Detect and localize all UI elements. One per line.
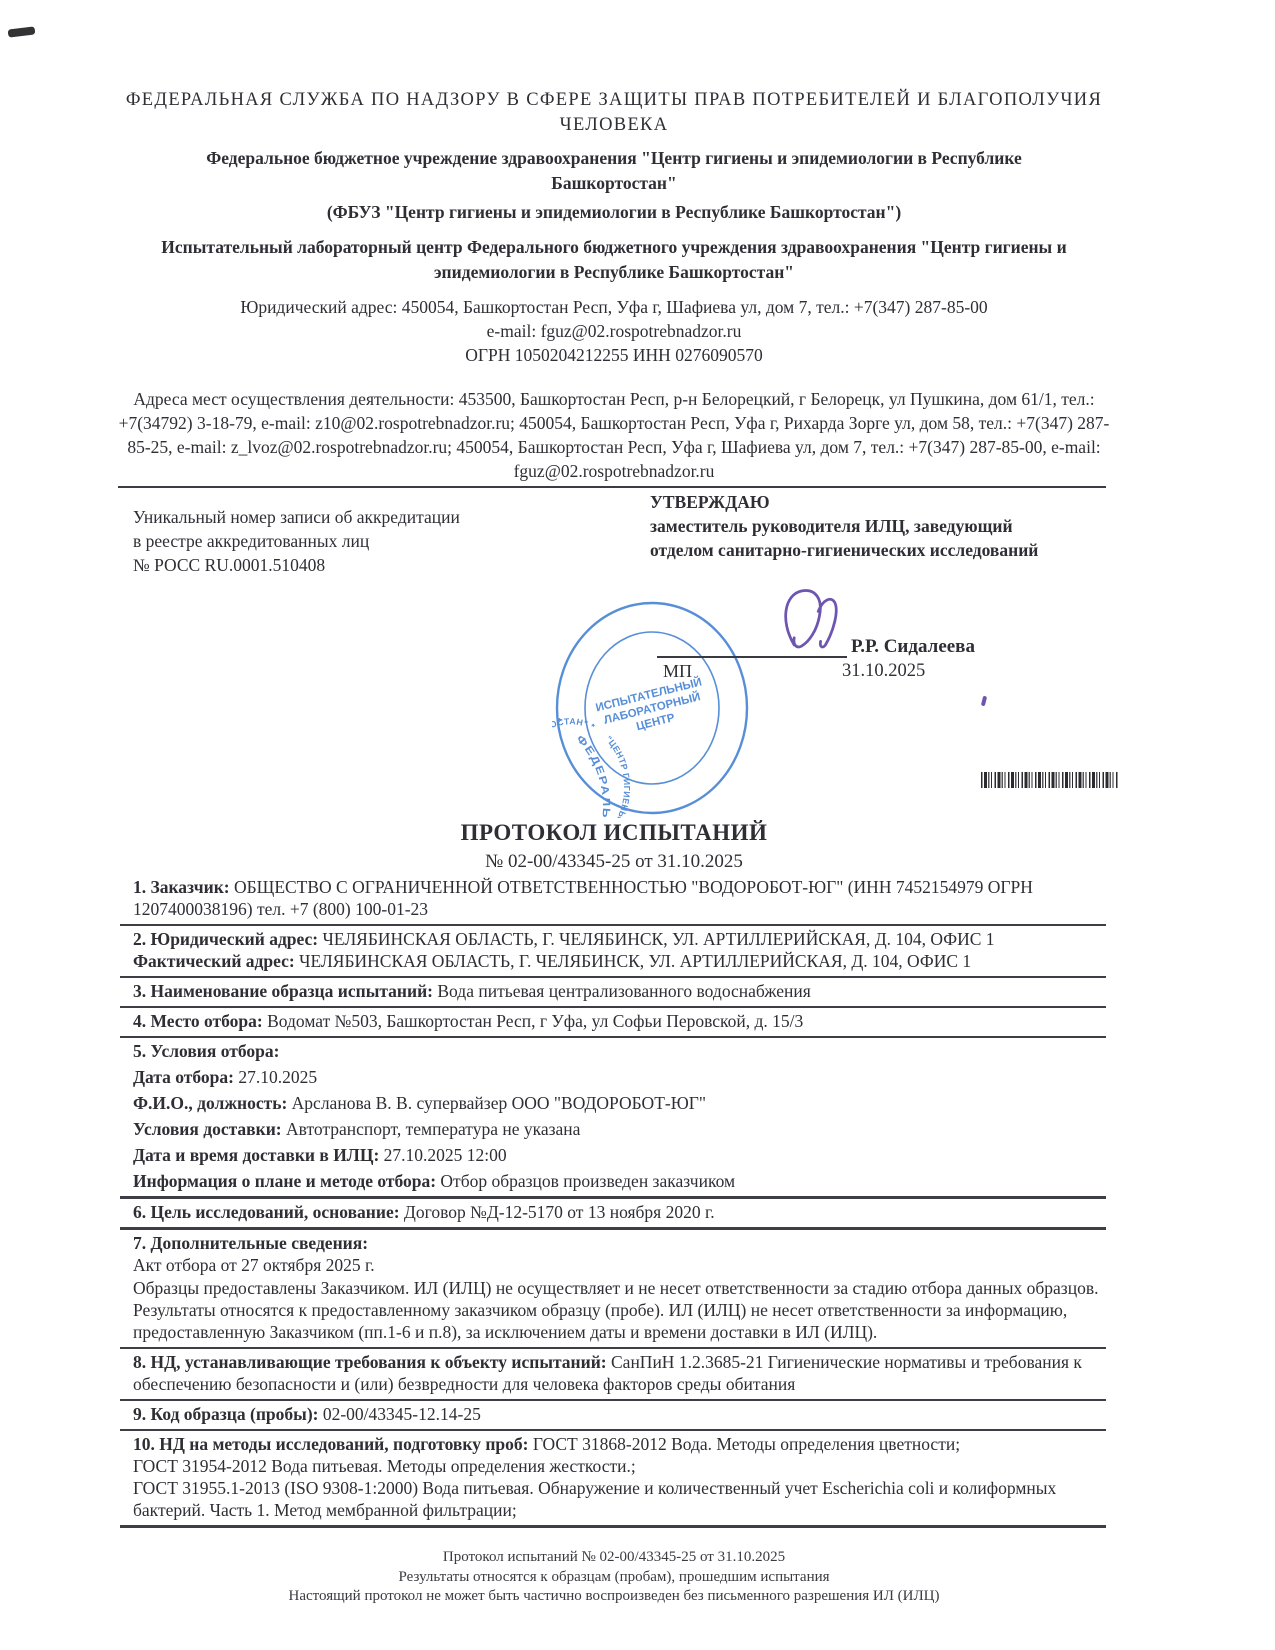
accreditation-line-2: в реестре аккредитованных лиц	[133, 529, 513, 553]
protocol-sections: 1. Заказчик: ОБЩЕСТВО С ОГРАНИЧЕННОЙ ОТВ…	[120, 874, 1106, 1528]
actual-address-row: Фактический адрес: ЧЕЛЯБИНСКАЯ ОБЛАСТЬ, …	[133, 950, 1100, 972]
section-customer-label: 1. Заказчик:	[133, 877, 230, 897]
approver-position-line-1: заместитель руководителя ИЛЦ, заведующий	[650, 514, 1090, 538]
methods-nd-item-1: ГОСТ 31868-2012 Вода. Методы определения…	[533, 1434, 960, 1454]
approval-title: УТВЕРЖДАЮ	[650, 490, 1090, 514]
sampler-name-row: Ф.И.О., должность: Арсланова В. В. супер…	[133, 1092, 1100, 1114]
page-footer: Протокол испытаний № 02-00/43345-25 от 3…	[0, 1548, 1228, 1607]
sample-code-value: 02-00/43345-12.14-25	[323, 1404, 481, 1424]
organization-full-name: Федеральное бюджетное учреждение здравоо…	[159, 146, 1069, 196]
section-requirements-nd: 8. НД, устанавливающие требования к объе…	[120, 1349, 1106, 1401]
legal-address: Юридический адрес: 450054, Башкортостан …	[0, 295, 1228, 319]
section-addresses: 2. Юридический адрес: ЧЕЛЯБИНСКАЯ ОБЛАСТ…	[120, 926, 1106, 978]
legal-address-label: 2. Юридический адрес:	[133, 929, 318, 949]
sampling-date-value: 27.10.2025	[238, 1067, 317, 1087]
barcode	[981, 772, 1119, 788]
sampling-act-line: Акт отбора от 27 октября 2025 г.	[133, 1254, 1100, 1276]
ogrn-inn-line: ОГРН 1050204212255 ИНН 0276090570	[0, 343, 1228, 367]
actual-address-label: Фактический адрес:	[133, 951, 295, 971]
approver-name: Р.Р. Сидалеева	[851, 636, 975, 658]
activity-addresses: Адреса мест осуществления деятельности: …	[117, 387, 1112, 483]
approver-position-line-2: отделом санитарно-гигиенических исследов…	[650, 538, 1090, 562]
section-purpose: 6. Цель исследований, основание: Договор…	[120, 1199, 1106, 1230]
section-sampling-place: 4. Место отбора: Водомат №503, Башкортос…	[120, 1008, 1106, 1038]
methods-nd-label: 10. НД на методы исследований, подготовк…	[133, 1434, 528, 1454]
section-sample-code: 9. Код образца (пробы): 02-00/43345-12.1…	[120, 1401, 1106, 1431]
footer-protocol-number: Протокол испытаний № 02-00/43345-25 от 3…	[0, 1548, 1228, 1568]
protocol-title: ПРОТОКОЛ ИСПЫТАНИЙ	[0, 820, 1228, 846]
delivery-conditions-row: Условия доставки: Автотранспорт, темпера…	[133, 1118, 1100, 1140]
delivery-datetime-label: Дата и время доставки в ИЛЦ:	[133, 1145, 379, 1165]
seal-place-label: МП	[663, 661, 692, 682]
signature-line	[657, 656, 847, 658]
section-sample-name: 3. Наименование образца испытаний: Вода …	[120, 978, 1106, 1008]
sampling-place-label: 4. Место отбора:	[133, 1011, 263, 1031]
footer-results-note: Результаты относятся к образцам (пробам)…	[0, 1568, 1228, 1588]
actual-address-value: ЧЕЛЯБИНСКАЯ ОБЛАСТЬ, Г. ЧЕЛЯБИНСК, УЛ. А…	[299, 951, 971, 971]
section-methods-nd: 10. НД на методы исследований, подготовк…	[120, 1431, 1106, 1528]
methods-nd-item-2: ГОСТ 31954-2012 Вода питьевая. Методы оп…	[133, 1455, 1100, 1477]
sample-code-label: 9. Код образца (пробы):	[133, 1404, 318, 1424]
sample-name-value: Вода питьевая централизованного водоснаб…	[437, 981, 810, 1001]
delivery-conditions-value: Автотранспорт, температура не указана	[286, 1119, 580, 1139]
round-stamp: ФЕДЕРАЛЬНОЕ БЮДЖЕТНОЕ УЧРЕЖДЕНИЕ ЗДРАВОО…	[552, 598, 752, 818]
scan-artifact-mark	[8, 26, 36, 37]
sampling-date-label: Дата отбора:	[133, 1067, 234, 1087]
accreditation-block: Уникальный номер записи об аккредитации …	[133, 505, 513, 577]
sampling-place-value: Водомат №503, Башкортостан Респ, г Уфа, …	[267, 1011, 803, 1031]
section-customer: 1. Заказчик: ОБЩЕСТВО С ОГРАНИЧЕННОЙ ОТВ…	[120, 874, 1106, 926]
section-customer-value: ОБЩЕСТВО С ОГРАНИЧЕННОЙ ОТВЕТСТВЕННОСТЬЮ…	[133, 877, 1033, 919]
laboratory-center-name: Испытательный лабораторный центр Федерал…	[154, 235, 1074, 285]
ink-mark	[981, 696, 987, 707]
sampling-plan-value: Отбор образцов произведен заказчиком	[440, 1171, 735, 1191]
protocol-title-block: ПРОТОКОЛ ИСПЫТАНИЙ № 02-00/43345-25 от 3…	[0, 820, 1228, 873]
protocol-number: № 02-00/43345-25 от 31.10.2025	[0, 851, 1228, 873]
sampler-name-label: Ф.И.О., должность:	[133, 1093, 287, 1113]
sampling-conditions-label: 5. Условия отбора:	[133, 1040, 1100, 1062]
legal-address-value: ЧЕЛЯБИНСКАЯ ОБЛАСТЬ, Г. ЧЕЛЯБИНСК, УЛ. А…	[322, 929, 994, 949]
federal-service-name: ФЕДЕРАЛЬНАЯ СЛУЖБА ПО НАДЗОРУ В СФЕРЕ ЗА…	[104, 88, 1124, 138]
approval-block: УТВЕРЖДАЮ заместитель руководителя ИЛЦ, …	[650, 490, 1090, 562]
organization-short-name: (ФБУЗ "Центр гигиены и эпидемиологии в Р…	[124, 200, 1104, 225]
footer-reproduction-note: Настоящий протокол не может быть частичн…	[0, 1587, 1228, 1607]
delivery-conditions-label: Условия доставки:	[133, 1119, 282, 1139]
additional-info-label: 7. Дополнительные сведения:	[133, 1232, 1100, 1254]
email-line: e-mail: fguz@02.rospotrebnadzor.ru	[0, 319, 1228, 343]
purpose-value: Договор №Д-12-5170 от 13 ноября 2020 г.	[404, 1202, 715, 1222]
scanned-test-protocol-page: ФЕДЕРАЛЬНАЯ СЛУЖБА ПО НАДЗОРУ В СФЕРЕ ЗА…	[0, 0, 1275, 1650]
header-divider-line	[118, 486, 1106, 488]
sample-name-label: 3. Наименование образца испытаний:	[133, 981, 433, 1001]
accreditation-number: № РОСС RU.0001.510408	[133, 553, 513, 577]
section-sampling-conditions: 5. Условия отбора: Дата отбора: 27.10.20…	[120, 1038, 1106, 1199]
approval-date: 31.10.2025	[842, 661, 925, 682]
sampling-plan-row: Информация о плане и методе отбора: Отбо…	[133, 1170, 1100, 1192]
sampling-date-row: Дата отбора: 27.10.2025	[133, 1066, 1100, 1088]
methods-nd-first-line: 10. НД на методы исследований, подготовк…	[133, 1433, 1100, 1455]
legal-address-row: 2. Юридический адрес: ЧЕЛЯБИНСКАЯ ОБЛАСТ…	[133, 928, 1100, 950]
delivery-datetime-value: 27.10.2025 12:00	[384, 1145, 507, 1165]
legal-contacts-block: Юридический адрес: 450054, Башкортостан …	[0, 295, 1228, 367]
delivery-datetime-row: Дата и время доставки в ИЛЦ: 27.10.2025 …	[133, 1144, 1100, 1166]
purpose-label: 6. Цель исследований, основание:	[133, 1202, 400, 1222]
signature-handwriting	[775, 584, 847, 658]
methods-nd-item-3: ГОСТ 31955.1-2013 (ISO 9308-1:2000) Вода…	[133, 1477, 1100, 1521]
section-additional-info: 7. Дополнительные сведения: Акт отбора о…	[120, 1230, 1106, 1349]
document-header: ФЕДЕРАЛЬНАЯ СЛУЖБА ПО НАДЗОРУ В СФЕРЕ ЗА…	[0, 88, 1228, 483]
sampling-plan-label: Информация о плане и методе отбора:	[133, 1171, 436, 1191]
requirements-nd-label: 8. НД, устанавливающие требования к объе…	[133, 1352, 607, 1372]
responsibility-note: Образцы предоставлены Заказчиком. ИЛ (ИЛ…	[133, 1277, 1100, 1343]
sampler-name-value: Арсланова В. В. супервайзер ООО "ВОДОРОБ…	[292, 1093, 706, 1113]
accreditation-line-1: Уникальный номер записи об аккредитации	[133, 505, 513, 529]
